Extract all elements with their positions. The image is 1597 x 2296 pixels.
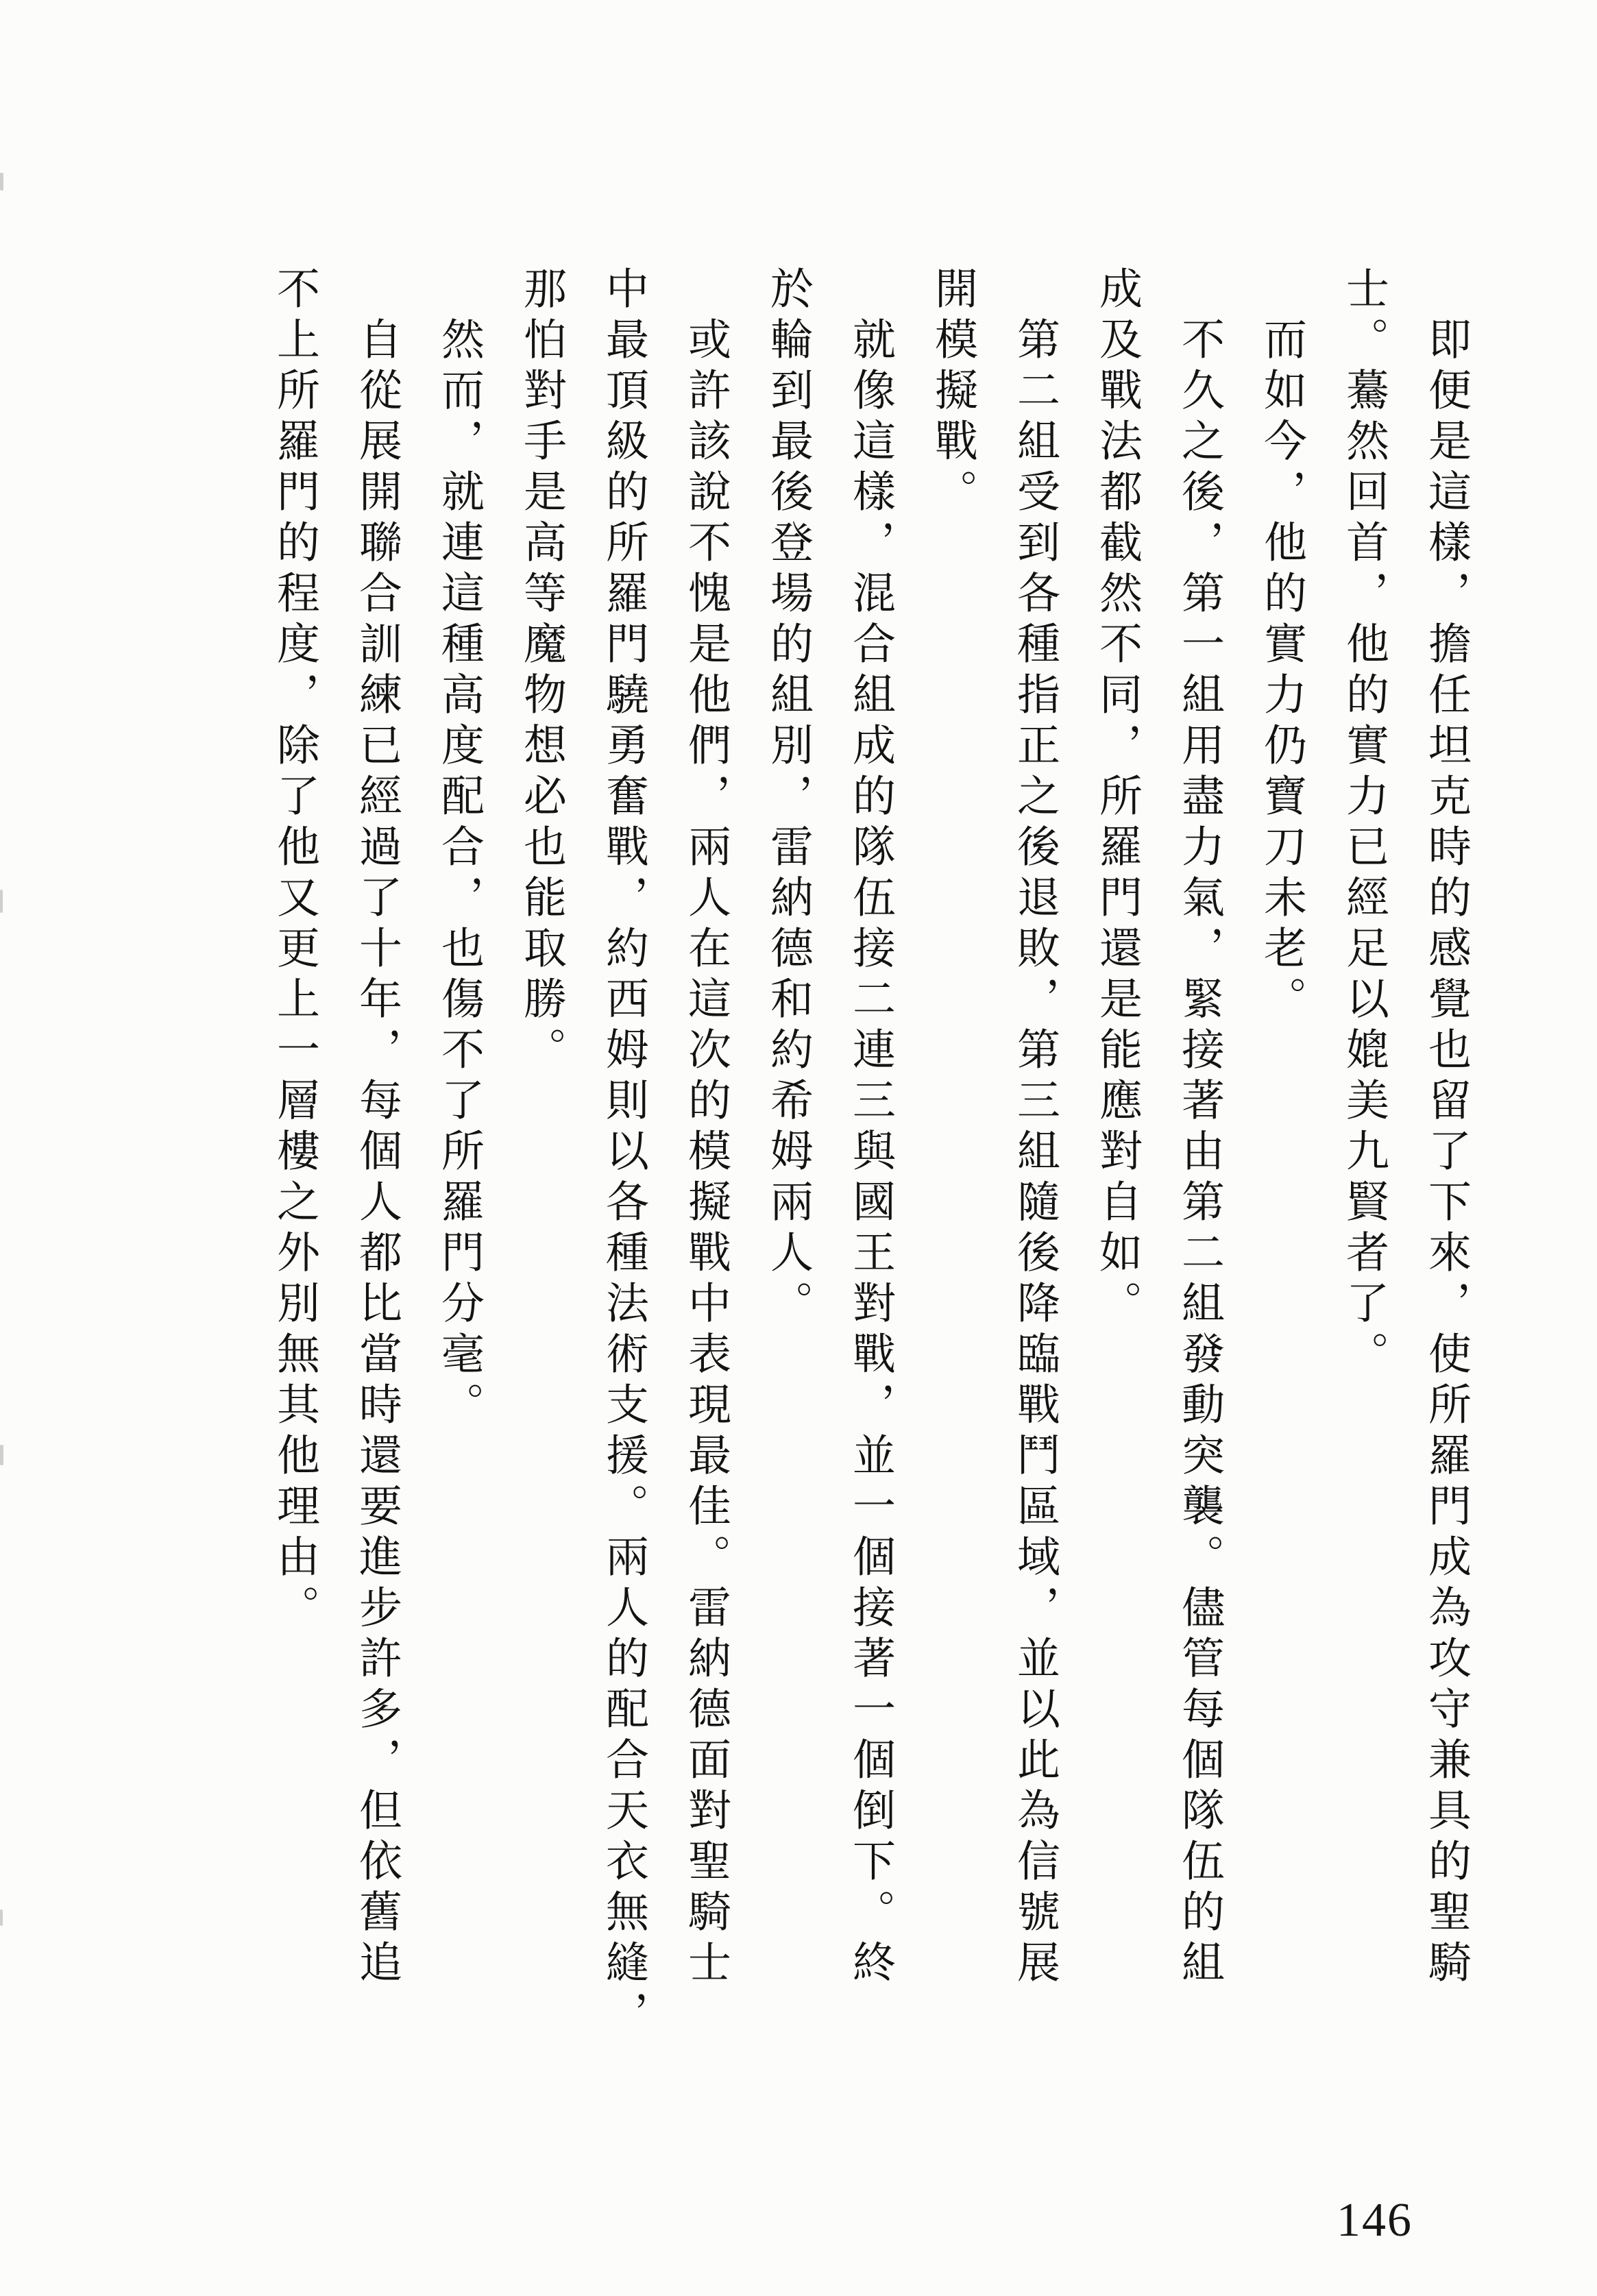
scan-artifact bbox=[0, 1445, 3, 1465]
text-line: 自從展開聯合訓練已經過了十年，每個人都比當時還要進步許多，但依舊追 bbox=[336, 266, 418, 2048]
page-number: 146 bbox=[1337, 2197, 1413, 2245]
text-line: 就像這樣，混合組成的隊伍接二連三與國王對戰，並一個接著一個倒下。終 bbox=[829, 266, 912, 2048]
text-line: 那怕對手是高等魔物想必也能取勝。 bbox=[500, 266, 583, 2048]
book-page: 即便是這樣，擔任坦克時的感覺也留了下來，使所羅門成為攻守兼具的聖騎士。驀然回首，… bbox=[0, 0, 1597, 2296]
scan-artifact bbox=[0, 173, 3, 191]
text-line: 開模擬戰。 bbox=[912, 266, 994, 2048]
text-line: 或許該說不愧是他們，兩人在這次的模擬戰中表現最佳。雷納德面對聖騎士 bbox=[665, 266, 747, 2048]
text-line: 而如今，他的實力仍寶刀未老。 bbox=[1241, 266, 1323, 2048]
text-line: 然而，就連這種高度配合，也傷不了所羅門分毫。 bbox=[418, 266, 500, 2048]
text-line: 不久之後，第一組用盡力氣，緊接著由第二組發動突襲。儘管每個隊伍的組 bbox=[1158, 266, 1241, 2048]
text-line: 即便是這樣，擔任坦克時的感覺也留了下來，使所羅門成為攻守兼具的聖騎 bbox=[1405, 266, 1487, 2048]
vertical-text-block: 即便是這樣，擔任坦克時的感覺也留了下來，使所羅門成為攻守兼具的聖騎士。驀然回首，… bbox=[254, 266, 1487, 2048]
text-line: 不上所羅門的程度，除了他又更上一層樓之外別無其他理由。 bbox=[254, 266, 336, 2048]
text-line: 於輪到最後登場的組別，雷納德和約希姆兩人。 bbox=[747, 266, 829, 2048]
text-line: 第二組受到各種指正之後退敗，第三組隨後降臨戰鬥區域，並以此為信號展 bbox=[994, 266, 1076, 2048]
text-line: 成及戰法都截然不同，所羅門還是能應對自如。 bbox=[1076, 266, 1158, 2048]
text-line: 中最頂級的所羅門驍勇奮戰，約西姆則以各種法術支援。兩人的配合天衣無縫， bbox=[583, 266, 665, 2048]
text-line: 士。驀然回首，他的實力已經足以媲美九賢者了。 bbox=[1323, 266, 1405, 2048]
scan-artifact bbox=[0, 890, 3, 913]
scan-artifact bbox=[0, 1909, 3, 1926]
